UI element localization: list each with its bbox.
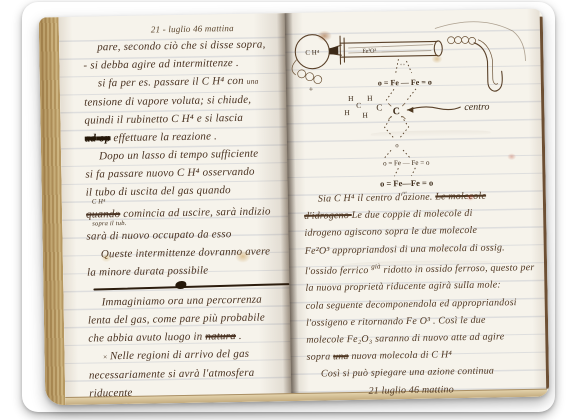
text-segment: già <box>371 262 381 270</box>
center-carbon: C <box>393 106 400 117</box>
left-page-text: 21 - luglio 46 mattina pare, secondo ciò… <box>83 19 306 403</box>
text-segment: lenta del gas, come pare più probabile <box>88 312 265 327</box>
text-segment: tensione di vapore voluta; si chiude, <box>84 94 251 109</box>
dotted-links <box>384 150 410 158</box>
coil-loop-icon <box>448 37 455 44</box>
text-segment: sarà di nuovo occupato da esso <box>86 228 231 243</box>
right-page-text: Sia C H⁴ il centro d'azione. Le molecole… <box>304 187 546 401</box>
tube-end-caps <box>340 36 344 64</box>
text-segment: riducente <box>89 387 133 400</box>
text-segment: 21 luglio 46 mattino <box>368 384 454 396</box>
text-segment: Le due coppie di molecole di <box>352 208 473 221</box>
text-segment: l'ossido ferrico <box>305 265 371 277</box>
methane-letters: H C H H H C <box>344 93 382 120</box>
atom-letter: H <box>344 108 350 117</box>
coil-loop-icon <box>314 75 322 83</box>
tube-label: Fe²O³ <box>362 49 376 55</box>
text-segment: Queste intermittenze dovranno avere <box>101 245 271 260</box>
oxygen-dots-top: º º <box>400 63 405 69</box>
text-segment: cola seguente decomponendola ed appropri… <box>306 297 517 312</box>
nozzle-plug <box>329 46 338 54</box>
coil-loop-icon <box>462 36 469 43</box>
text-segment: il tubo di uscita del gas quando <box>86 184 231 199</box>
text-segment: sopra <box>307 351 334 362</box>
text-segment: molecole Fe₂O₃ saranno di nuovo atte ad … <box>306 331 504 345</box>
text-segment: comincia ad uscire, sarà indizio <box>120 205 271 220</box>
text-segment: d'idrogeno <box>304 210 352 222</box>
text-segment: si fa per es. passare il C H⁴ con <box>98 75 247 90</box>
formula-top: o = Fe — Fe = o <box>378 78 432 88</box>
text-segment: op <box>96 132 111 144</box>
dotted-links <box>394 168 415 176</box>
text-segment: Immaginiamo ora una percorrenza <box>102 294 262 309</box>
text-segment: necessariamente si avrà l'atmosfera <box>89 367 255 382</box>
text-segment: Fe²O³ appropriandosi di una molecola di … <box>305 242 505 256</box>
text-segment: una <box>333 351 349 362</box>
text-segment: - si debba agire ad intermittenze . <box>83 57 239 72</box>
atom-letter: H <box>348 94 354 103</box>
coil-loop-icon <box>306 73 314 81</box>
support-arc <box>435 21 526 63</box>
flask-label: C H⁴ <box>305 49 320 57</box>
text-segment: natura <box>205 330 236 343</box>
tube-open-end <box>434 41 442 56</box>
coil-loop-icon <box>455 37 462 44</box>
atom-letter: H <box>362 111 368 120</box>
coil-loop-icon <box>298 70 306 78</box>
text-segment: una <box>247 77 259 86</box>
text-segment: nuova molecola di C H⁴ <box>349 349 453 362</box>
text-segment: effettuare la reazione . <box>110 130 217 144</box>
atom-letter: C <box>376 102 382 112</box>
text-segment: idrogeno agiscono sopra le due molecole <box>304 225 477 239</box>
apparatus-diagram: C H⁴ + Fe²O³ º º <box>285 9 543 209</box>
text-segment: . <box>236 330 242 342</box>
text-segment: la nuova proprietà riducente agirà sulla… <box>305 280 501 294</box>
notebook-photo: 21 - luglio 46 mattina pare, secondo ciò… <box>0 0 567 420</box>
text-segment: la minore durata possibile <box>87 265 208 279</box>
text-segment: pare, secondo ciò che si disse sopra, <box>97 38 265 53</box>
tube-walls <box>340 41 437 57</box>
handwriting-line: riducente <box>89 381 305 403</box>
plus-sign: + <box>309 85 314 94</box>
text-segment: ridotto in ossido ferroso, questo per <box>381 262 535 276</box>
text-segment: che abbia avuto luogo in <box>88 331 205 345</box>
atom-letter: C <box>356 101 361 110</box>
oxygen-label: o <box>395 142 398 149</box>
text-segment: quindi il rubinetto C H⁴ e si lascia <box>84 112 243 127</box>
flask-wire <box>292 59 298 75</box>
text-segment: Nelle regioni di arrivo del gas <box>110 348 250 362</box>
delivery-tube <box>474 42 502 91</box>
text-segment: l'ossigeno e ritornando Fe O³ . Così le … <box>306 314 486 328</box>
text-segment: ad <box>85 132 97 144</box>
dotted-links <box>386 89 416 101</box>
arrowhead-icon <box>407 107 413 113</box>
oxygen-dots-bottom: º¹º <box>402 191 407 197</box>
text-segment: quando <box>86 208 120 221</box>
centro-arrow <box>407 106 460 110</box>
tube-hatching <box>348 45 433 53</box>
formula-bottom: o = Fe—Fe = o <box>380 178 433 189</box>
open-notebook: 21 - luglio 46 mattina pare, secondo ciò… <box>39 9 550 406</box>
text-segment: Così si può spiegare una azione continua <box>321 366 494 380</box>
formula-mid: o = Fe — Fe = o <box>383 159 430 168</box>
dotted-diamond <box>384 116 408 139</box>
text-segment: Dopo un lasso di tempo sufficiente <box>99 148 258 163</box>
atom-letter: H <box>367 94 373 103</box>
text-segment: si fa passare nuovo C H⁴ osservando <box>85 166 254 181</box>
centro-label: centro <box>464 102 489 113</box>
